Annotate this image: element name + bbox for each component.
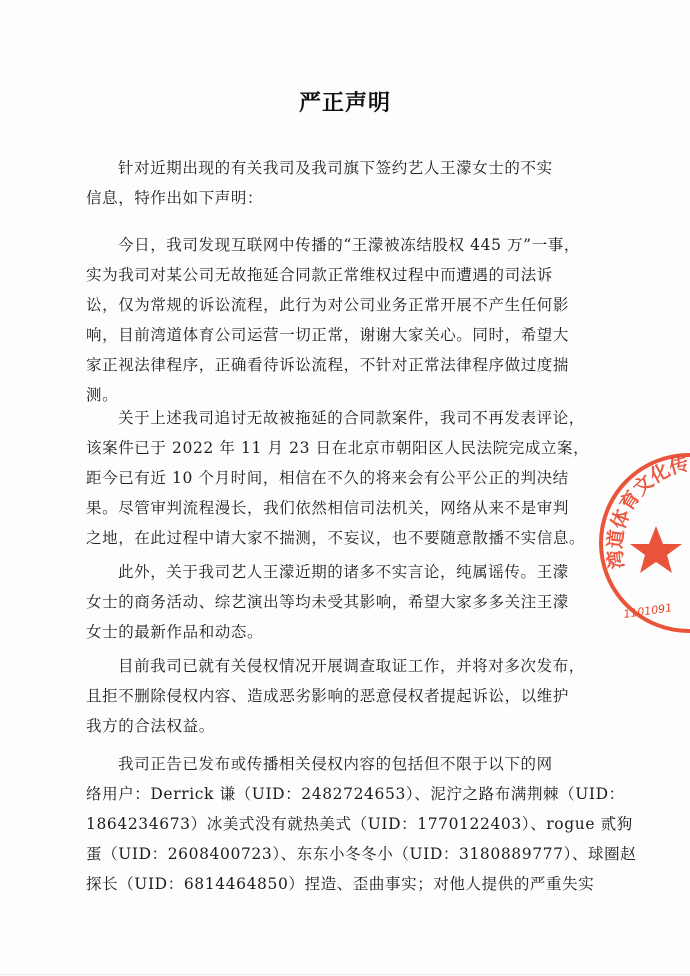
stamp-number: 1101091 [623, 601, 673, 621]
text-line: 距今已有近 10 个月时间，相信在不久的将来会有公平公正的判决结 [86, 463, 608, 493]
text-line: 果。尽管审判流程漫长，我们依然相信司法机关，网络从来不是审判 [86, 493, 608, 523]
text-line: 探长（UID：6814464850）捏造、歪曲事实；对他人提供的严重失实 [86, 869, 608, 899]
paragraph-case: 关于上述我司追讨无故被拖延的合同款案件，我司不再发表评论， 该案件已于 2022… [86, 403, 608, 553]
text-line: 蛋（UID：2608400723）、东东小冬冬小（UID：3180889777）… [86, 839, 608, 869]
text-line: 女士的最新作品和动态。 [86, 617, 608, 647]
text-line: 1864234673）冰美式没有就热美式（UID：1770122403）、rog… [86, 809, 608, 839]
star-icon [630, 526, 682, 573]
text-line: 家正视法律程序，正确看待诉讼流程，不针对正常法律程序做过度揣 [86, 350, 608, 380]
text-line: 此外，关于我司艺人王濛近期的诸多不实言论，纯属谣传。王濛 [86, 557, 608, 587]
text-line: 针对近期出现的有关我司及我司旗下签约艺人王濛女士的不实 [86, 153, 608, 183]
text-line: 目前我司已就有关侵权情况开展调查取证工作，并将对多次发布， [86, 651, 608, 681]
paragraph-intro: 针对近期出现的有关我司及我司旗下签约艺人王濛女士的不实 信息，特作出如下声明： [86, 153, 608, 213]
text-line: 讼，仅为常规的诉讼流程，此行为对公司业务正常开展不产生任何影 [86, 290, 608, 320]
paragraph-rumors: 此外，关于我司艺人王濛近期的诸多不实言论，纯属谣传。王濛 女士的商务活动、综艺演… [86, 557, 608, 647]
page-edge [0, 974, 690, 975]
paragraph-warning: 我司正告已发布或传播相关侵权内容的包括但不限于以下的网 络用户：Derrick … [86, 749, 608, 899]
text-line: 女士的商务活动、综艺演出等均未受其影响，希望大家多多关注王濛 [86, 587, 608, 617]
text-line: 响，目前湾道体育公司运营一切正常，谢谢大家关心。同时，希望大 [86, 320, 608, 350]
paragraph-investigation: 目前我司已就有关侵权情况开展调查取证工作，并将对多次发布， 且拒不删除侵权内容、… [86, 651, 608, 741]
document-title: 严正声明 [0, 86, 690, 117]
text-line: 信息，特作出如下声明： [86, 183, 608, 213]
text-line: 我司正告已发布或传播相关侵权内容的包括但不限于以下的网 [86, 749, 608, 779]
document-page: 严正声明 针对近期出现的有关我司及我司旗下签约艺人王濛女士的不实 信息，特作出如… [0, 0, 690, 976]
paragraph-lawsuit: 今日，我司发现互联网中传播的“王濛被冻结股权 445 万”一事， 实为我司对某公… [86, 230, 608, 410]
company-seal-stamp: 湾道体育文化传播(北 1101091 [594, 448, 690, 638]
text-line: 实为我司对某公司无故拖延合同款正常维权过程中而遭遇的司法诉 [86, 260, 608, 290]
text-line: 关于上述我司追讨无故被拖延的合同款案件，我司不再发表评论， [86, 403, 608, 433]
text-line: 且拒不删除侵权内容、造成恶劣影响的恶意侵权者提起诉讼，以维护 [86, 681, 608, 711]
text-line: 今日，我司发现互联网中传播的“王濛被冻结股权 445 万”一事， [86, 230, 608, 260]
text-line: 之地，在此过程中请大家不揣测，不妄议，也不要随意散播不实信息。 [86, 523, 608, 553]
text-line: 该案件已于 2022 年 11 月 23 日在北京市朝阳区人民法院完成立案， [86, 433, 608, 463]
text-line: 络用户：Derrick 谦（UID：2482724653）、泥泞之路布满荆棘（U… [86, 779, 608, 809]
text-line: 我方的合法权益。 [86, 711, 608, 741]
